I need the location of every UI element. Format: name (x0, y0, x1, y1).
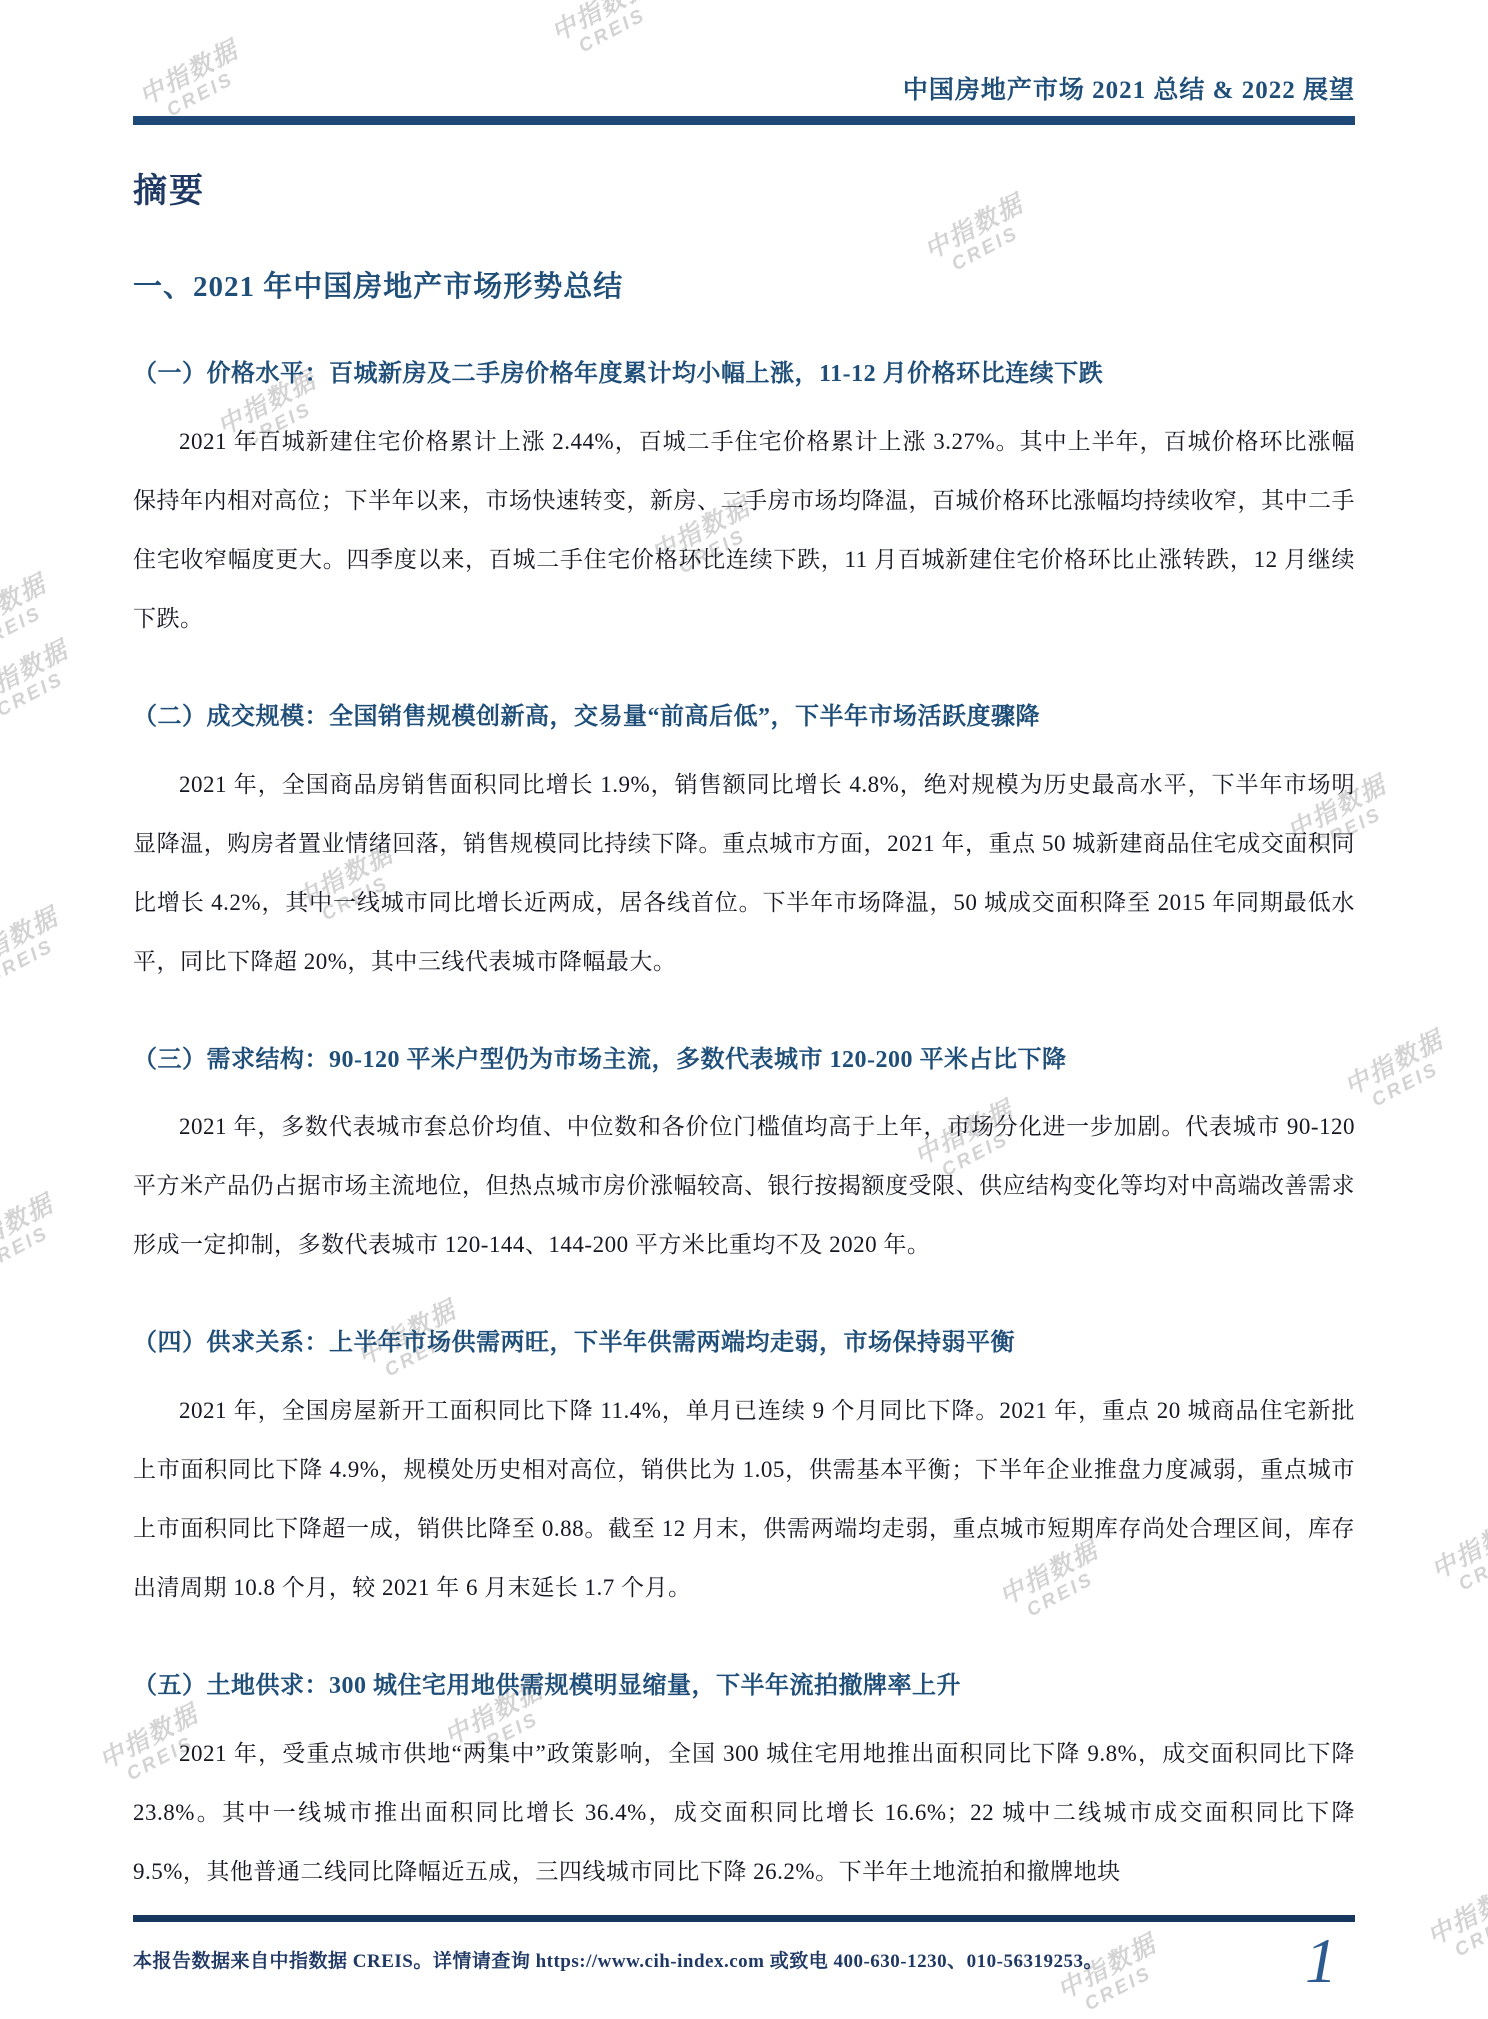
footer-rule (133, 1915, 1355, 1922)
document-page: 中指数据CREIS中指数据CREIS中指数据CREIS中指数据CREIS中指数据… (0, 0, 1488, 2019)
footer-url-link[interactable]: https://www.cih-index.com (536, 1951, 765, 1972)
page-number: 1 (1305, 1929, 1337, 1993)
subsection-paragraph-2: 2021 年，全国商品房销售面积同比增长 1.9%，销售额同比增长 4.8%，绝… (133, 755, 1355, 991)
subsection-heading-2: （二）成交规模：全国销售规模创新高，交易量“前高后低”，下半年市场活跃度骤降 (133, 700, 1355, 735)
document-header-title: 中国房地产市场 2021 总结 & 2022 展望 (133, 76, 1355, 106)
subsection-heading-3: （三）需求结构：90-120 平米户型仍为市场主流，多数代表城市 120-200… (133, 1043, 1355, 1078)
subsection-heading-5: （五）土地供求：300 城住宅用地供需规模明显缩量，下半年流拍撤牌率上升 (133, 1669, 1355, 1704)
subsection-paragraph-5: 2021 年，受重点城市供地“两集中”政策影响，全国 300 城住宅用地推出面积… (133, 1724, 1355, 1901)
footer-text: 本报告数据来自中指数据 CREIS。详情请查询 https://www.cih-… (133, 1946, 1355, 1973)
subsection-paragraph-4: 2021 年，全国房屋新开工面积同比下降 11.4%，单月已连续 9 个月同比下… (133, 1381, 1355, 1617)
subsection-heading-1: （一）价格水平：百城新房及二手房价格年度累计均小幅上涨，11-12 月价格环比连… (133, 357, 1355, 392)
subsection-paragraph-3: 2021 年，多数代表城市套总价均值、中位数和各价位门槛值均高于上年，市场分化进… (133, 1097, 1355, 1274)
header-rule (133, 116, 1355, 125)
page-content: 中国房地产市场 2021 总结 & 2022 展望 摘要 一、2021 年中国房… (0, 0, 1488, 1901)
subsection-paragraph-1: 2021 年百城新建住宅价格累计上涨 2.44%，百城二手住宅价格累计上涨 3.… (133, 412, 1355, 648)
section-title: 一、2021 年中国房地产市场形势总结 (133, 264, 1355, 305)
page-footer: 本报告数据来自中指数据 CREIS。详情请查询 https://www.cih-… (133, 1915, 1355, 1973)
footer-text-suffix: 或致电 400-630-1230、010-56319253。 (764, 1951, 1102, 1972)
subsection-heading-4: （四）供求关系：上半年市场供需两旺，下半年供需两端均走弱，市场保持弱平衡 (133, 1326, 1355, 1361)
abstract-title: 摘要 (133, 163, 1355, 212)
footer-text-prefix: 本报告数据来自中指数据 CREIS。详情请查询 (133, 1951, 536, 1972)
